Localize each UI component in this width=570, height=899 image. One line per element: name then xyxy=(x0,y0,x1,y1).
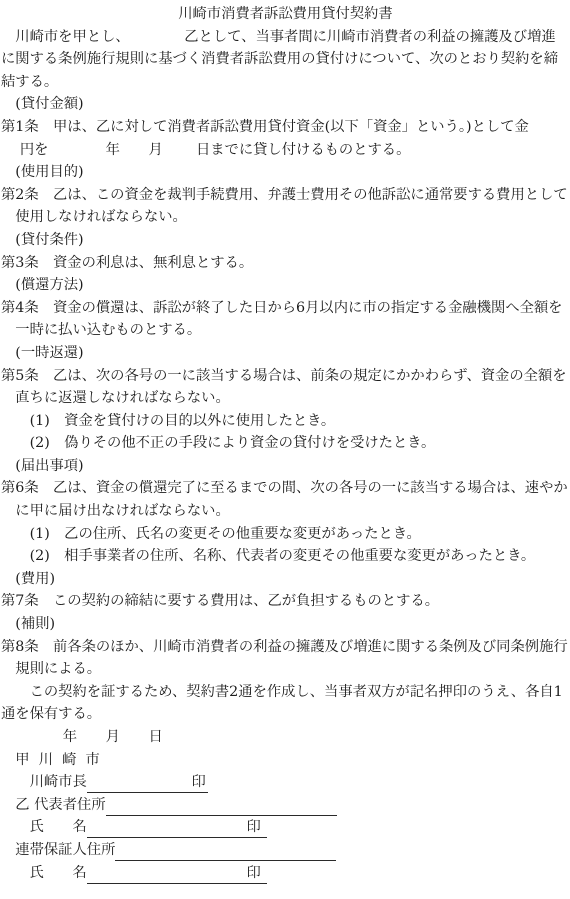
date-line: 年 月 日 xyxy=(1,726,570,749)
article-6-line-1: 第6条 乙は、資金の償還完了に至るまでの間、次の各号の一に該当する場合は、速やか xyxy=(1,477,570,500)
intro-line-2: に関する条例施行規則に基づく消費者訴訟費用の貸付けについて、次のとおり契約を締 xyxy=(1,48,570,71)
heading-lump-sum-return: (一時返還) xyxy=(1,342,570,365)
closing-line-2: 通を保有する。 xyxy=(1,703,570,726)
article-2-line-2: 使用しなければならない。 xyxy=(1,206,570,229)
article-4-line-2: 一時に払い込むものとする。 xyxy=(1,319,570,342)
party-kou-line: 甲 川 崎 市 xyxy=(1,749,570,772)
intro-line-1: 川崎市を甲とし、 乙として、当事者間に川崎市消費者の利益の擁護及び増進 xyxy=(1,26,570,49)
mayor-signature-row: 川崎市長印 xyxy=(1,771,570,794)
guarantor-name-blank: 印 xyxy=(87,864,267,884)
article-1-line-1: 第1条 甲は、乙に対して消費者訴訟費用貸付資金(以下「資金」という。)として金 xyxy=(1,116,570,139)
article-4-line-1: 第4条 資金の償還は、訴訟が終了した日から6月以内に市の指定する金融機関へ全額を xyxy=(1,297,570,320)
guarantor-address-label: 連帯保証人住所 xyxy=(1,842,115,858)
document-title: 川崎市消費者訴訟費用貸付契約書 xyxy=(1,3,570,26)
heading-loan-conditions: (貸付条件) xyxy=(1,229,570,252)
guarantor-address-blank xyxy=(115,841,336,861)
otsu-name-blank: 印 xyxy=(87,818,267,838)
otsu-address-blank xyxy=(106,796,337,816)
article-5-item-2: (2) 偽りその他不正の手段により資金の貸付けを受けたとき。 xyxy=(1,432,570,455)
article-8-line-1: 第8条 前各条のほか、川崎市消費者の利益の擁護及び増進に関する条例及び同条例施行 xyxy=(1,636,570,659)
closing-line-1: この契約を証するため、契約書2通を作成し、当事者双方が記名押印のうえ、各自1 xyxy=(1,681,570,704)
contract-document: 川崎市消費者訴訟費用貸付契約書 川崎市を甲とし、 乙として、当事者間に川崎市消費… xyxy=(0,0,570,899)
article-6-item-2: (2) 相手事業者の住所、名称、代表者の変更その他重要な変更があったとき。 xyxy=(1,545,570,568)
party-otsu-address-row: 乙 代表者住所 xyxy=(1,794,570,817)
article-1-line-2: 円を 年 月 日までに貸し付けるものとする。 xyxy=(1,139,570,162)
article-5-item-1: (1) 資金を貸付けの目的以外に使用したとき。 xyxy=(1,410,570,433)
article-6-item-1: (1) 乙の住所、氏名の変更その他重要な変更があったとき。 xyxy=(1,523,570,546)
heading-loan-amount: (貸付金額) xyxy=(1,93,570,116)
article-8-line-2: 規則による。 xyxy=(1,658,570,681)
heading-expenses: (費用) xyxy=(1,568,570,591)
heading-repayment-method: (償還方法) xyxy=(1,274,570,297)
article-5-line-1: 第5条 乙は、次の各号の一に該当する場合は、前条の規定にかかわらず、資金の全額を xyxy=(1,365,570,388)
document-body: 川崎市を甲とし、 乙として、当事者間に川崎市消費者の利益の擁護及び増進に関する条… xyxy=(1,26,570,885)
guarantor-name-label: 氏 名 xyxy=(1,865,87,881)
article-6-line-2: に甲に届け出なければならない。 xyxy=(1,500,570,523)
guarantor-address-row: 連帯保証人住所 xyxy=(1,839,570,862)
otsu-name-row: 氏 名印 xyxy=(1,816,570,839)
article-2-line-1: 第2条 乙は、この資金を裁判手続費用、弁護士費用その他訴訟に通常要する費用として xyxy=(1,184,570,207)
mayor-label: 川崎市長 xyxy=(1,774,87,790)
article-7-line-1: 第7条 この契約の締結に要する費用は、乙が負担するものとする。 xyxy=(1,590,570,613)
heading-notification-matters: (届出事項) xyxy=(1,455,570,478)
article-3-line-1: 第3条 資金の利息は、無利息とする。 xyxy=(1,252,570,275)
otsu-address-label: 乙 代表者住所 xyxy=(1,797,106,813)
mayor-signature-blank: 印 xyxy=(87,773,208,793)
article-5-line-2: 直ちに返還しなければならない。 xyxy=(1,387,570,410)
heading-supplementary: (補則) xyxy=(1,613,570,636)
guarantor-name-row: 氏 名印 xyxy=(1,862,570,885)
heading-use-purpose: (使用目的) xyxy=(1,161,570,184)
intro-line-3: 結する。 xyxy=(1,71,570,94)
otsu-name-label: 氏 名 xyxy=(1,819,87,835)
